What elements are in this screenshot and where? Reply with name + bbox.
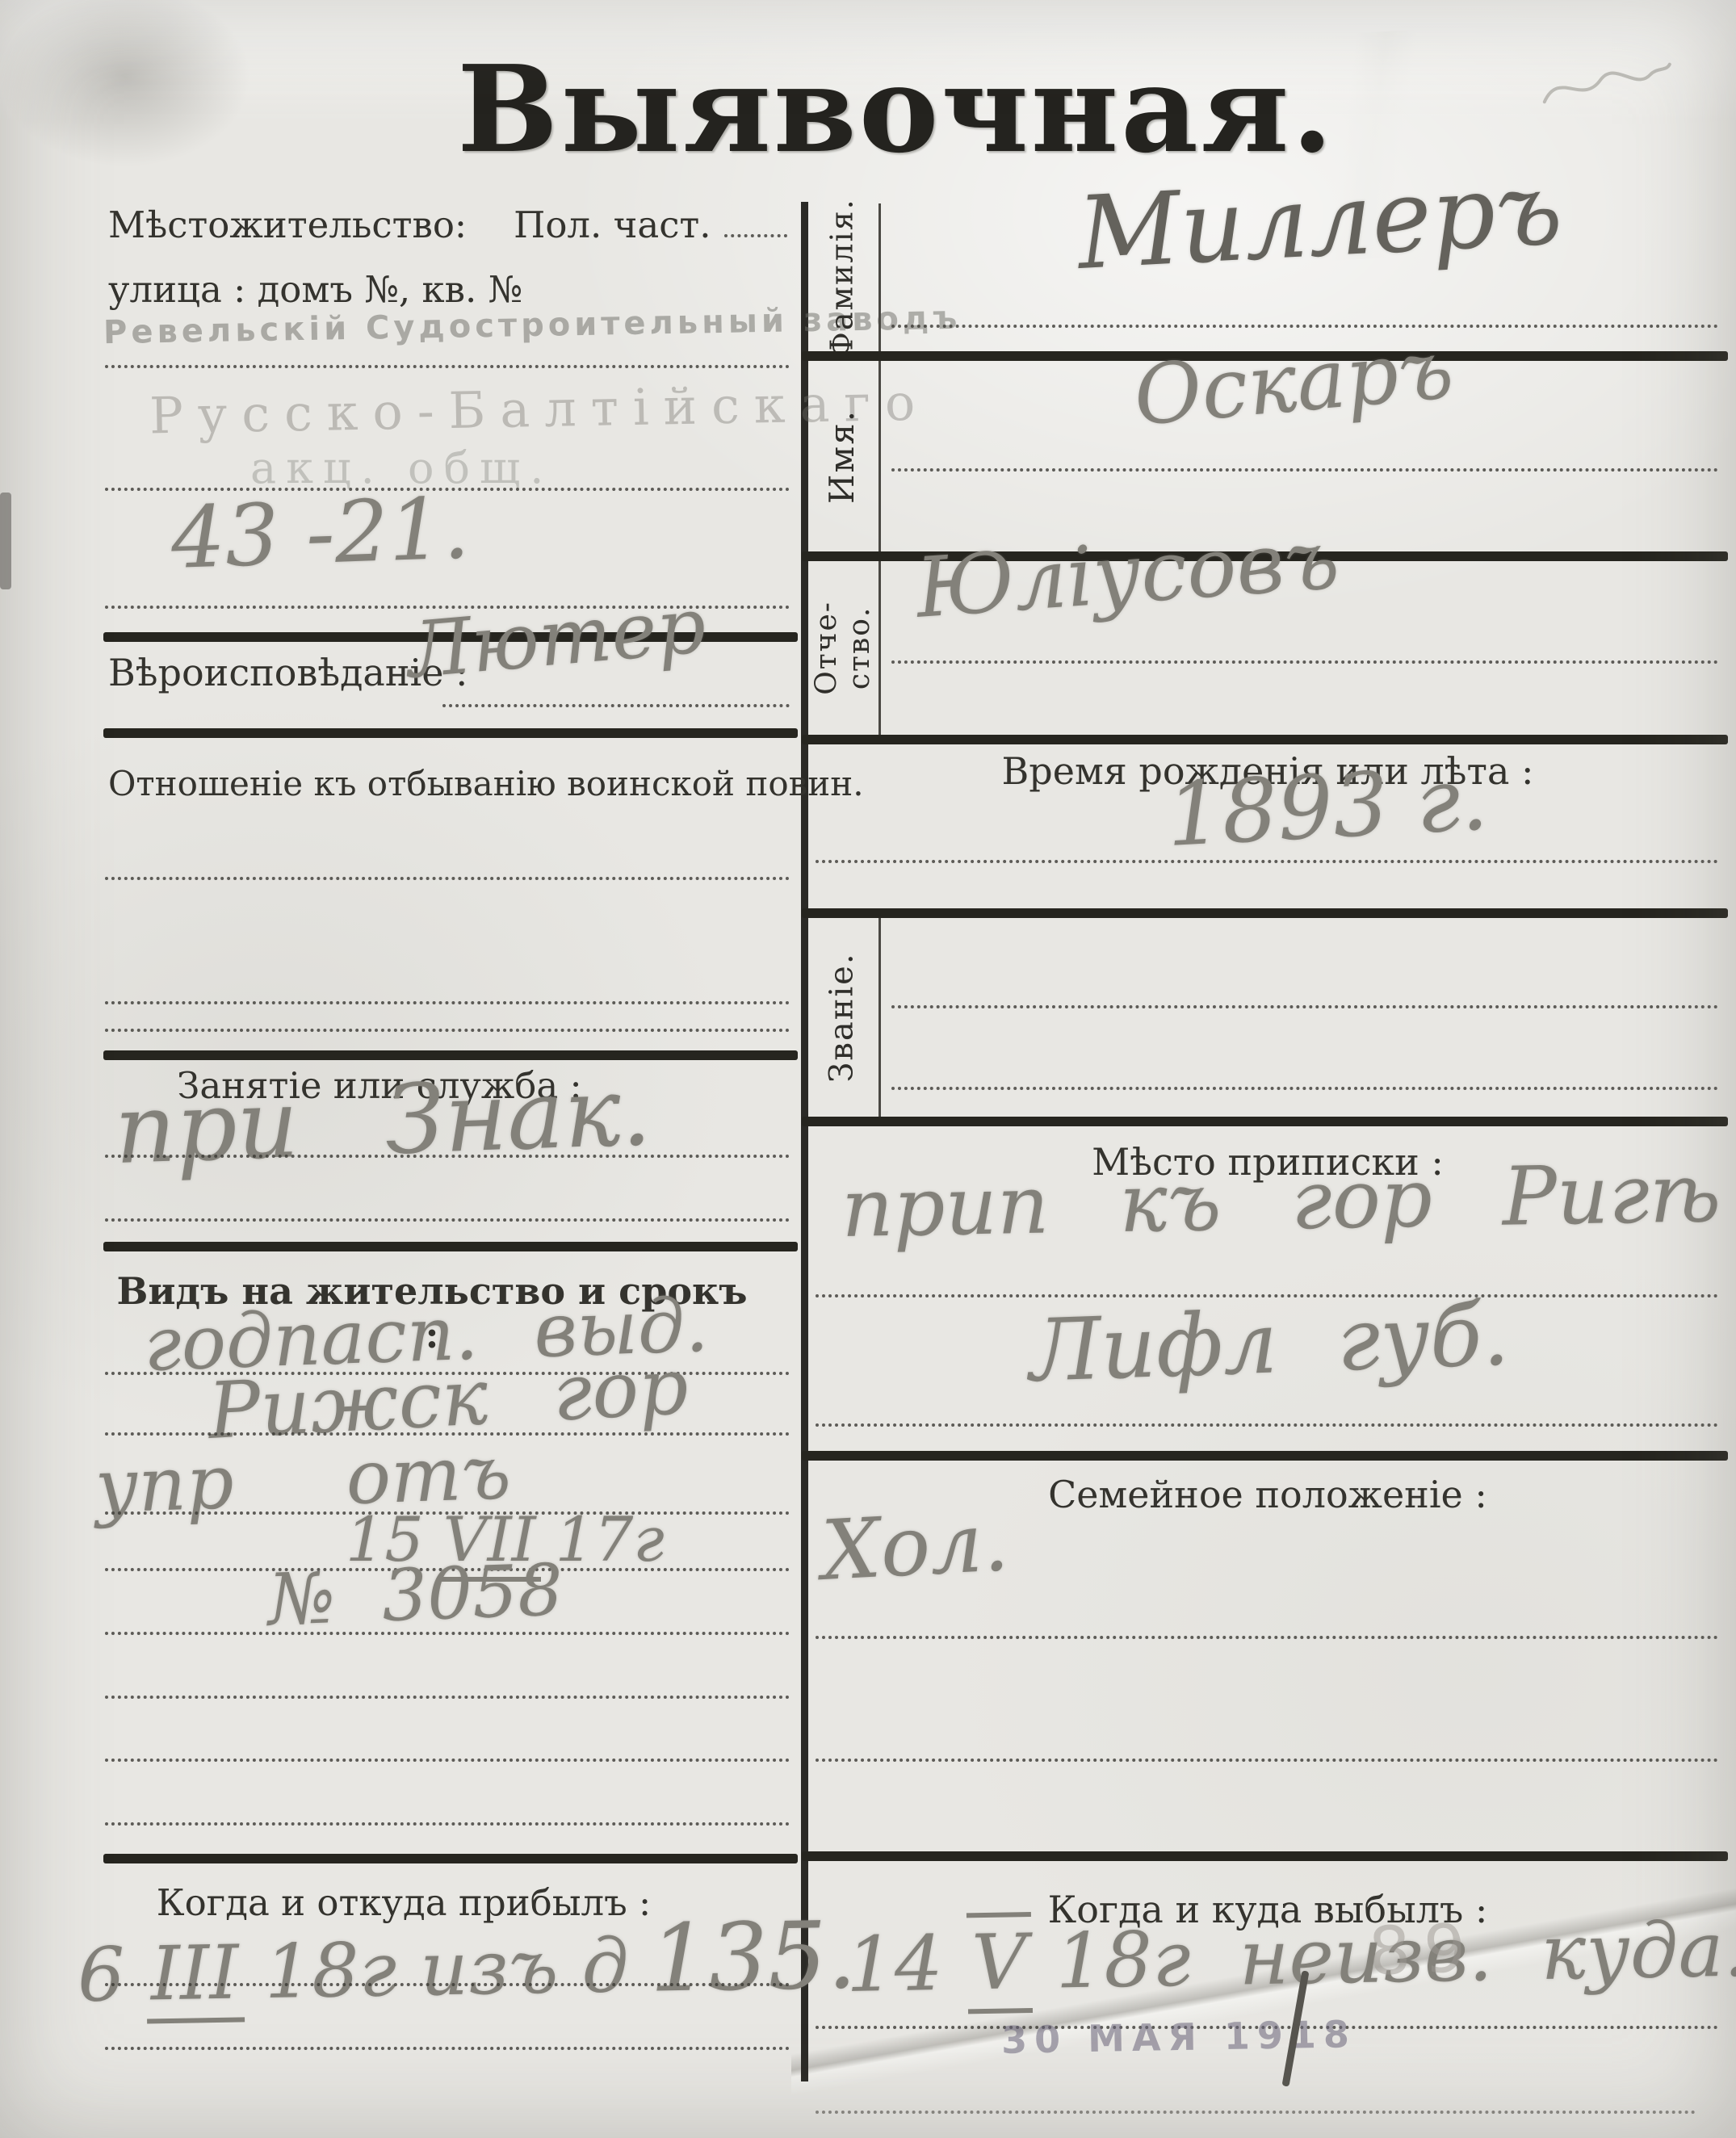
thick-rule	[103, 1050, 798, 1060]
dotted-line	[816, 1759, 1718, 1762]
thick-rule	[103, 728, 798, 738]
hw-permit-number: № 3058	[266, 1548, 564, 1641]
dotted-line	[891, 1005, 1718, 1008]
dotted-line	[105, 1822, 790, 1826]
hw-arrival-rest: 18г изъ д	[264, 1922, 630, 2015]
dotted-line	[105, 1696, 790, 1699]
thick-rule	[103, 1854, 798, 1863]
dotted-line	[105, 1155, 790, 1158]
thick-rule	[802, 1451, 1728, 1461]
faint-number-stamp: 89	[1367, 1910, 1480, 1991]
hw-family-status: Хол.	[820, 1494, 1011, 1599]
dotted-line	[891, 468, 1718, 472]
dotted-line	[105, 1001, 790, 1004]
dotted-line	[105, 1983, 790, 1986]
paper-edge-mark	[0, 493, 11, 589]
dotted-line	[105, 1218, 790, 1222]
residence-row: Мѣстожительство: Пол. част.	[108, 203, 790, 246]
dotted-line	[816, 1636, 1718, 1639]
hw-occupation: при Знак.	[113, 1055, 653, 1185]
hw-first-name: Оскаръ	[1130, 321, 1457, 445]
thick-rule	[802, 1851, 1728, 1861]
hw-registration-line1: прип къ гор Ригѣ	[841, 1146, 1721, 1256]
dotted-line	[891, 660, 1718, 664]
hw-religion: Лютер	[404, 581, 709, 696]
name-label: Имя.	[823, 409, 862, 503]
dotted-line	[891, 1087, 1718, 1090]
hw-birth-year: 1893 г.	[1164, 748, 1491, 866]
rank-label-box: Званіе.	[807, 918, 877, 1117]
hw-patronymic: Юліусовъ	[913, 512, 1342, 637]
hw-departure: 14 V 18г неизв. куда.	[845, 1900, 1736, 2016]
hw-permit-date-year: 17г	[556, 1503, 665, 1575]
dotted-line	[442, 704, 790, 707]
hw-arrival-day: 6	[77, 1931, 125, 2019]
hw-account-number: 43 -21.	[170, 479, 471, 588]
thick-rule	[802, 1117, 1728, 1126]
thick-rule	[103, 1242, 798, 1251]
paper-texture	[0, 0, 299, 202]
label-divider-line	[878, 561, 881, 735]
residence-label: Мѣстожительство:	[108, 203, 467, 246]
dotted-line	[105, 365, 790, 368]
hw-registration-line2: Лифл губ.	[1028, 1285, 1511, 1401]
label-divider-line	[878, 918, 881, 1117]
surname-label: Фамилія.	[824, 198, 860, 357]
dotted-line	[816, 1423, 1718, 1427]
document-title: Выявочная.	[457, 39, 1336, 179]
hw-departure-roman: V	[967, 1912, 1033, 2014]
hw-arrival-roman: III	[145, 1929, 245, 2023]
dotted-line	[105, 1632, 790, 1635]
military-service-label: Отношеніе къ отбыванію воинской повин.	[108, 764, 864, 803]
scanned-registration-card: Выявочная. Мѣстожительство: Пол. част. у…	[0, 0, 1736, 2138]
dotted-line	[105, 1029, 790, 1032]
dotted-line	[891, 325, 1718, 328]
patronymic-label-box: Отче- ство.	[806, 561, 880, 735]
street-label: улица : домъ №, кв. №	[108, 268, 522, 311]
residence-sub-label: Пол. част.	[514, 203, 711, 246]
date-stamp: 30 МАЯ 1918	[1001, 2012, 1357, 2062]
hw-arrival: 6 III 18г изъ д 135.	[77, 1901, 858, 2025]
hw-departure-day: 14	[845, 1920, 944, 2010]
dotted-line	[105, 1759, 790, 1762]
label-divider-line	[878, 203, 881, 351]
dotted-line	[816, 860, 1718, 863]
surname-label-box: Фамилія.	[807, 203, 877, 351]
thick-rule	[802, 735, 1728, 744]
dotted-line	[816, 2111, 1696, 2114]
patronymic-label: Отче- ство.	[810, 601, 877, 695]
thick-rule	[802, 908, 1728, 918]
dotted-line	[724, 234, 787, 237]
pencil-scribble	[1536, 49, 1678, 119]
dotted-line	[105, 877, 790, 880]
dotted-line	[105, 2047, 790, 2050]
name-label-box: Имя.	[807, 361, 877, 551]
label-divider-line	[878, 361, 881, 551]
hw-surname: Миллеръ	[1075, 151, 1565, 292]
rank-label: Званіе.	[824, 952, 861, 1082]
